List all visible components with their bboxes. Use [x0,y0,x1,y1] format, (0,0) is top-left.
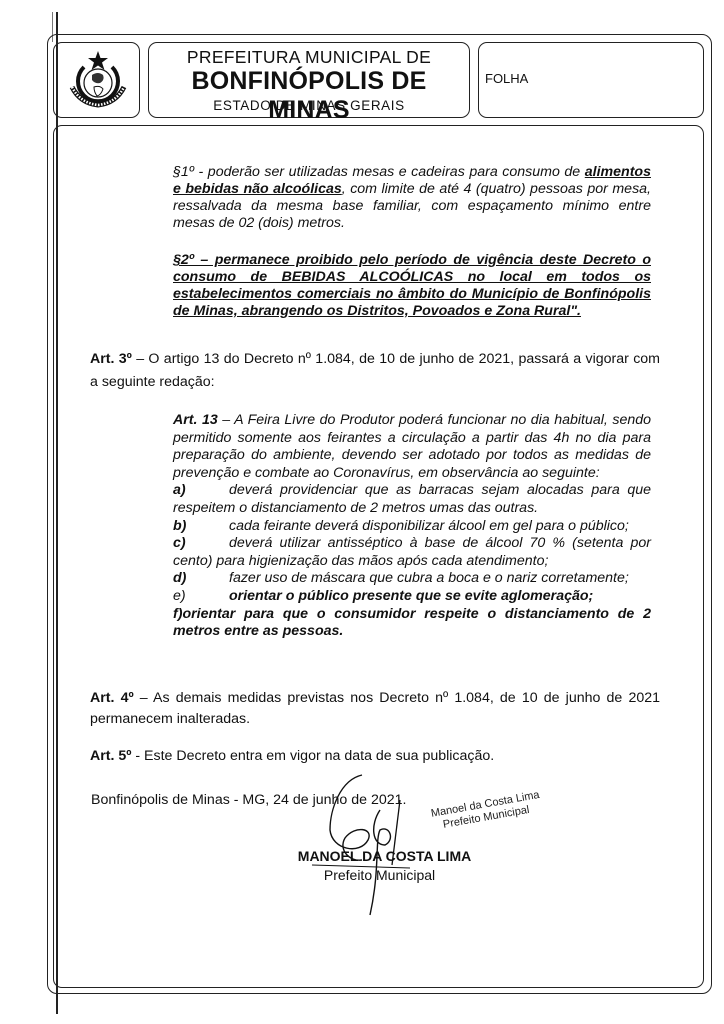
article-13-item-e: e)orientar o público presente que se evi… [173,588,651,606]
header-line-1: PREFEITURA MUNICIPAL DE [149,47,469,68]
article-4-label: Art. 4º [90,690,134,706]
article-4-text: – As demais medidas previstas nos Decret… [90,690,660,727]
article-5-label: Art. 5º [90,748,131,764]
article-3-text: – O artigo 13 do Decreto nº 1.084, de 10… [90,351,660,390]
paragraph-1: §1º - poderão ser utilizadas mesas e cad… [173,164,651,232]
municipal-coat-of-arms-icon [68,49,128,113]
article-13: Art. 13 – A Feira Livre do Produtor pode… [173,412,651,641]
article-5-text: - Este Decreto entra em vigor na data de… [131,748,494,764]
article-13-text: – A Feira Livre do Produtor poderá funci… [173,412,651,481]
signer-title: Prefeito Municipal [0,867,724,883]
article-5: Art. 5º - Este Decreto entra em vigor na… [90,748,660,765]
article-13-item-d: d)fazer uso de máscara que cubra a boca … [173,570,651,588]
article-13-item-f: f)orientar para que o consumidor respeit… [173,606,651,641]
folha-box: FOLHA [478,42,704,118]
article-3: Art. 3º – O artigo 13 do Decreto nº 1.08… [90,348,660,394]
header-title-box: PREFEITURA MUNICIPAL DE BONFINÓPOLIS DE … [148,42,470,118]
article-13-item-c: c)deverá utilizar antisséptico à base de… [173,535,651,570]
article-13-item-b: b)cada feirante deverá disponibilizar ál… [173,518,651,536]
municipality-name: BONFINÓPOLIS DE MINAS [149,67,469,125]
folha-label: FOLHA [485,71,528,86]
article-3-label: Art. 3º [90,351,132,367]
paragraph-1-lead: - poderão ser utilizadas mesas e cadeira… [194,164,585,180]
state-name: ESTADO DE MINAS GERAIS [149,98,469,113]
paragraph-2-text: §2º – permanece proibido pelo período de… [173,252,651,319]
place-date: Bonfinópolis de Minas - MG, 24 de junho … [91,792,491,809]
article-4: Art. 4º – As demais medidas previstas no… [90,688,660,730]
handwritten-signature [300,770,420,920]
paragraph-1-label: §1º [173,164,194,180]
logo-box [53,42,140,118]
article-13-item-a: a)deverá providenciar que as barracas se… [173,482,651,517]
paragraph-2: §2º – permanece proibido pelo período de… [173,252,651,320]
signer-name: MANOEL DA COSTA LIMA [0,848,724,864]
article-13-label: Art. 13 [173,412,218,428]
